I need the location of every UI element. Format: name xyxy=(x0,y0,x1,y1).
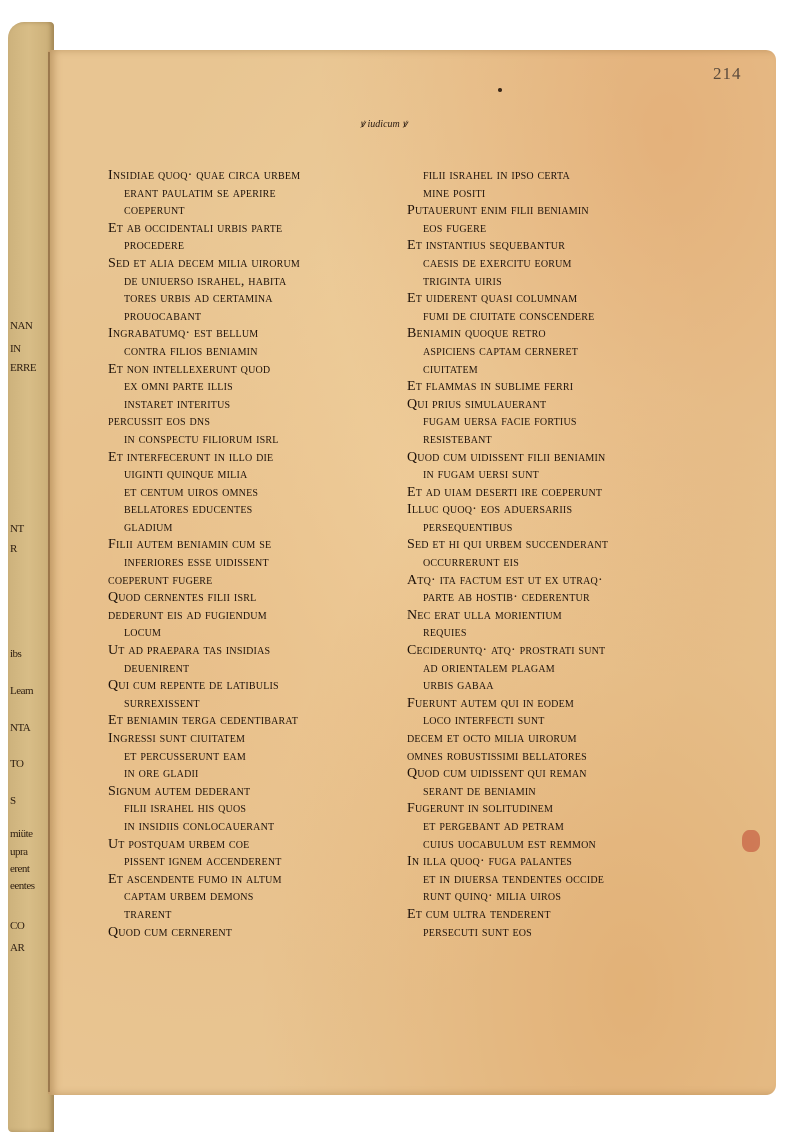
facing-page-text-fragment: upra xyxy=(10,846,50,858)
text-line: in insidiis conlocauerant xyxy=(108,818,300,836)
text-line: Quod cum uidissent filii beniamin xyxy=(407,449,608,467)
ink-spot xyxy=(498,88,502,92)
facing-page-text-fragment: AR xyxy=(10,942,50,954)
text-line: bellatores educentes xyxy=(108,501,300,519)
text-line: Et beniamin terga cedentibarat xyxy=(108,712,300,730)
text-column-left: Insidiae quoq· quae circa urbemerant pau… xyxy=(108,167,300,941)
text-line: Et ascendente fumo in altum xyxy=(108,871,300,889)
text-line: Cecideruntq· atq· prostrati sunt xyxy=(407,642,608,660)
text-line: fumi de ciuitate conscendere xyxy=(407,308,608,326)
text-line: occurrerunt eis xyxy=(407,554,608,572)
folio-number: 214 xyxy=(713,64,742,84)
text-column-right: filii israhel in ipso certamine positiPu… xyxy=(407,167,608,941)
text-line: cuius uocabulum est remmon xyxy=(407,836,608,854)
facing-page-text-fragment: R xyxy=(10,543,50,555)
text-line: runt quinq· milia uiros xyxy=(407,888,608,906)
text-line: filii israhel his quos xyxy=(108,800,300,818)
text-line: instaret interitus xyxy=(108,396,300,414)
text-line: dederunt eis ad fugiendum xyxy=(108,607,300,625)
text-line: ciuitatem xyxy=(407,361,608,379)
text-line: Ingressi sunt ciuitatem xyxy=(108,730,300,748)
text-line: ad orientalem plagam xyxy=(407,660,608,678)
text-line: Quod cernentes filii isrl xyxy=(108,589,300,607)
text-line: parte ab hostib· cederentur xyxy=(407,589,608,607)
text-line: persecuti sunt eos xyxy=(407,924,608,942)
facing-page-text-fragment: NAN xyxy=(10,320,50,332)
red-stain xyxy=(742,830,760,852)
text-line: Quod cum uidissent qui reman xyxy=(407,765,608,783)
text-line: caesis de exercitu eorum xyxy=(407,255,608,273)
text-line: Sed et alia decem milia uirorum xyxy=(108,255,300,273)
facing-page-text-fragment: ERRE xyxy=(10,362,50,374)
text-line: uiginti quinque milia xyxy=(108,466,300,484)
text-line: Beniamin quoque retro xyxy=(407,325,608,343)
text-line: inferiores esse uidissent xyxy=(108,554,300,572)
text-line: contra filios beniamin xyxy=(108,343,300,361)
text-line: Nec erat ulla morientium xyxy=(407,607,608,625)
facing-page-text-fragment: NTA xyxy=(10,722,50,734)
facing-page-text-fragment: eentes xyxy=(10,880,50,892)
text-line: in conspectu filiorum isrl xyxy=(108,431,300,449)
text-line: ex omni parte illis xyxy=(108,378,300,396)
text-line: de uniuerso israhel, habita xyxy=(108,273,300,291)
text-line: et pergebant ad petram xyxy=(407,818,608,836)
text-line: tores urbis ad certamina xyxy=(108,290,300,308)
text-line: Et uiderent quasi columnam xyxy=(407,290,608,308)
text-line: surrexissent xyxy=(108,695,300,713)
text-line: serant de beniamin xyxy=(407,783,608,801)
text-line: resistebant xyxy=(407,431,608,449)
text-line: in fugam uersi sunt xyxy=(407,466,608,484)
text-line: In illa quoq· fuga palantes xyxy=(407,853,608,871)
text-line: decem et octo milia uirorum xyxy=(407,730,608,748)
text-line: Et flammas in sublime ferri xyxy=(407,378,608,396)
text-line: pissent ignem accenderent xyxy=(108,853,300,871)
gutter-fold xyxy=(48,52,50,1092)
text-line: aspiciens captam cerneret xyxy=(407,343,608,361)
text-line: coeperunt fugere xyxy=(108,572,300,590)
text-line: gladium xyxy=(108,519,300,537)
facing-page-text-fragment: NT xyxy=(10,523,50,535)
text-line: persequentibus xyxy=(407,519,608,537)
facing-page-text-fragment: ibs xyxy=(10,648,50,660)
text-line: Atq· ita factum est ut ex utraq· xyxy=(407,572,608,590)
text-line: mine positi xyxy=(407,185,608,203)
text-line: requies xyxy=(407,624,608,642)
text-line: Et interfecerunt in illo die xyxy=(108,449,300,467)
text-line: Illuc quoq· eos aduersariis xyxy=(407,501,608,519)
text-line: loco interfecti sunt xyxy=(407,712,608,730)
text-line: trarent xyxy=(108,906,300,924)
text-line: locum xyxy=(108,624,300,642)
text-line: deuenirent xyxy=(108,660,300,678)
running-title: ꝟ iudicum ꝟ xyxy=(360,116,407,130)
text-line: Filii autem beniamin cum se xyxy=(108,536,300,554)
facing-page-text-fragment: CO xyxy=(10,920,50,932)
text-line: Insidiae quoq· quae circa urbem xyxy=(108,167,300,185)
text-line: filii israhel in ipso certa xyxy=(407,167,608,185)
text-line: procedere xyxy=(108,237,300,255)
text-line: Qui cum repente de latibulis xyxy=(108,677,300,695)
text-line: Et non intellexerunt quod xyxy=(108,361,300,379)
text-line: captam urbem demons xyxy=(108,888,300,906)
text-line: erant paulatim se aperire xyxy=(108,185,300,203)
facing-page-text-fragment: IN xyxy=(10,343,50,355)
text-line: Et instantius sequebantur xyxy=(407,237,608,255)
text-line: percussit eos dns xyxy=(108,413,300,431)
text-line: Fuerunt autem qui in eodem xyxy=(407,695,608,713)
text-line: prouocabant xyxy=(108,308,300,326)
facing-page-text-fragment: miüte xyxy=(10,828,50,840)
text-line: triginta uiris xyxy=(407,273,608,291)
text-line: coeperunt xyxy=(108,202,300,220)
text-line: urbis gabaa xyxy=(407,677,608,695)
text-line: Ingrabatumq· est bellum xyxy=(108,325,300,343)
text-line: fugam uersa facie fortius xyxy=(407,413,608,431)
text-line: et in diuersa tendentes occide xyxy=(407,871,608,889)
text-line: Ut ad praepara tas insidias xyxy=(108,642,300,660)
text-line: omnes robustissimi bellatores xyxy=(407,748,608,766)
text-line: Fugerunt in solitudinem xyxy=(407,800,608,818)
text-line: Sed et hi qui urbem succenderant xyxy=(407,536,608,554)
text-line: Qui prius simulauerant xyxy=(407,396,608,414)
facing-page-text-fragment: TO xyxy=(10,758,50,770)
text-line: in ore gladii xyxy=(108,765,300,783)
text-line: Quod cum cernerent xyxy=(108,924,300,942)
text-line: et centum uiros omnes xyxy=(108,484,300,502)
text-line: eos fugere xyxy=(407,220,608,238)
text-line: Putauerunt enim filii beniamin xyxy=(407,202,608,220)
facing-page-text-fragment: erent xyxy=(10,863,50,875)
text-line: Ut postquam urbem coe xyxy=(108,836,300,854)
text-line: Et ad uiam deserti ire coeperunt xyxy=(407,484,608,502)
facing-page-text-fragment: Leam xyxy=(10,685,50,697)
text-line: et percusserunt eam xyxy=(108,748,300,766)
text-line: Et ab occidentali urbis parte xyxy=(108,220,300,238)
text-line: Et cum ultra tenderent xyxy=(407,906,608,924)
facing-page-text-fragment: S xyxy=(10,795,50,807)
text-line: Signum autem dederant xyxy=(108,783,300,801)
